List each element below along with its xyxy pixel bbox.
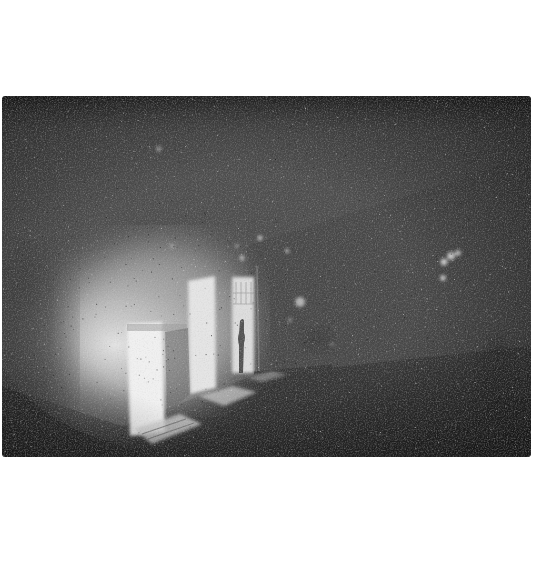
room-photograph xyxy=(2,96,531,457)
vignette xyxy=(2,96,531,457)
photo-canvas xyxy=(2,96,531,457)
